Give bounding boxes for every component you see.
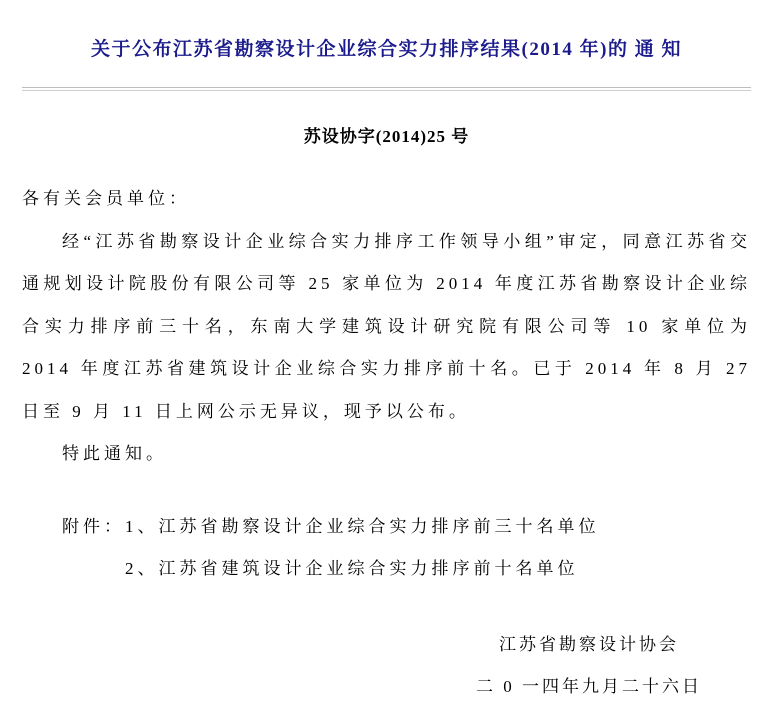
notice-document: 关于公布江苏省勘察设计企业综合实力排序结果(2014 年)的 通 知 苏设协字(…	[0, 0, 775, 727]
signature-org: 江苏省勘察设计协会	[451, 624, 727, 667]
signature-date: 二 0 一四年九月二十六日	[451, 666, 727, 709]
salutation: 各有关会员单位：	[22, 178, 751, 221]
document-title: 关于公布江苏省勘察设计企业综合实力排序结果(2014 年)的 通 知	[22, 0, 751, 62]
document-number: 苏设协字(2014)25 号	[22, 127, 751, 147]
attachment-item-1: 1、江苏省勘察设计企业综合实力排序前三十名单位	[125, 517, 600, 536]
main-paragraph: 经“江苏省勘察设计企业综合实力排序工作领导小组”审定，同意江苏省交通规划设计院股…	[22, 221, 751, 434]
attachments-list: 附件：1、江苏省勘察设计企业综合实力排序前三十名单位 2、江苏省建筑设计企业综合…	[62, 506, 751, 591]
document-body: 各有关会员单位： 经“江苏省勘察设计企业综合实力排序工作领导小组”审定，同意江苏…	[22, 178, 751, 709]
attachment-line-2: 2、江苏省建筑设计企业综合实力排序前十名单位	[62, 548, 751, 591]
notice-closing-line: 特此通知。	[22, 433, 751, 476]
attachment-line-1: 附件：1、江苏省勘察设计企业综合实力排序前三十名单位	[62, 506, 751, 549]
horizontal-rule	[22, 87, 751, 91]
attachments-label: 附件：	[62, 517, 125, 536]
attachment-item-2: 2、江苏省建筑设计企业综合实力排序前十名单位	[125, 559, 579, 578]
signature-block: 江苏省勘察设计协会 二 0 一四年九月二十六日	[451, 624, 727, 709]
